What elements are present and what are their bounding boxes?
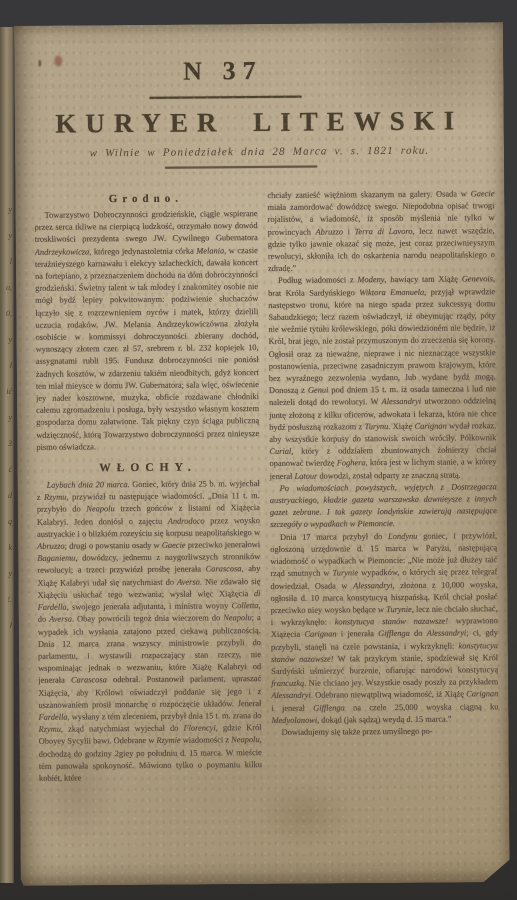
adjacent-page-text-fragments: y y l o, 0, y ł ić y 3 ć d q k y !. ł — [0, 197, 12, 639]
masthead-rule-top — [149, 96, 301, 99]
scanner-background: y y l o, 0, y ł ić y 3 ć d q k y !. ł N … — [0, 0, 517, 900]
section-heading-grodno: Grodno. — [34, 192, 257, 206]
right-column: chciały zanieść więźniom skazanym na gal… — [267, 188, 499, 838]
left-column: Grodno. Towarzystwo Dobroczynności grodz… — [34, 190, 262, 840]
masthead-rule-bottom — [165, 166, 317, 169]
article-paragraph-modena: Podług wiadomości z Modeny, bawiący tam … — [268, 274, 497, 483]
article-paragraph-grodno: Towarzystwo Dobroczynności grodzieńskie,… — [34, 208, 259, 454]
newspaper-title: KURYER LITEWSKI — [15, 105, 504, 140]
section-heading-wlochy: WŁOCHY. — [36, 461, 259, 475]
article-paragraph-continuation: chciały zanieść więźniom skazanym na gal… — [267, 188, 495, 275]
masthead: N 37 KURYER LITEWSKI w Wilnie w Poniedzi… — [14, 54, 504, 170]
article-paragraph-catchline: Dowiadujemy się także przez umyślnego po… — [272, 725, 499, 739]
article-paragraph-london: Dnia 17 marca przybył do Londynu goniec,… — [270, 530, 499, 727]
article-paragraph-laybach: Laybach dnia 20 marca. Goniec, który dni… — [37, 478, 262, 785]
dateline: w Wilnie w Poniedziałek dnia 28 Marca v.… — [15, 144, 504, 160]
article-paragraph-editorial-note: Po wiadomościach powyższych, wyjętych z … — [270, 481, 497, 532]
adjacent-page-edge: y y l o, 0, y ł ić y 3 ć d q k y !. ł — [0, 27, 14, 883]
text-columns: Grodno. Towarzystwo Dobroczynności grodz… — [34, 188, 499, 840]
issue-number: N 37 — [0, 54, 467, 88]
newspaper-page: N 37 KURYER LITEWSKI w Wilnie w Poniedzi… — [14, 22, 510, 886]
